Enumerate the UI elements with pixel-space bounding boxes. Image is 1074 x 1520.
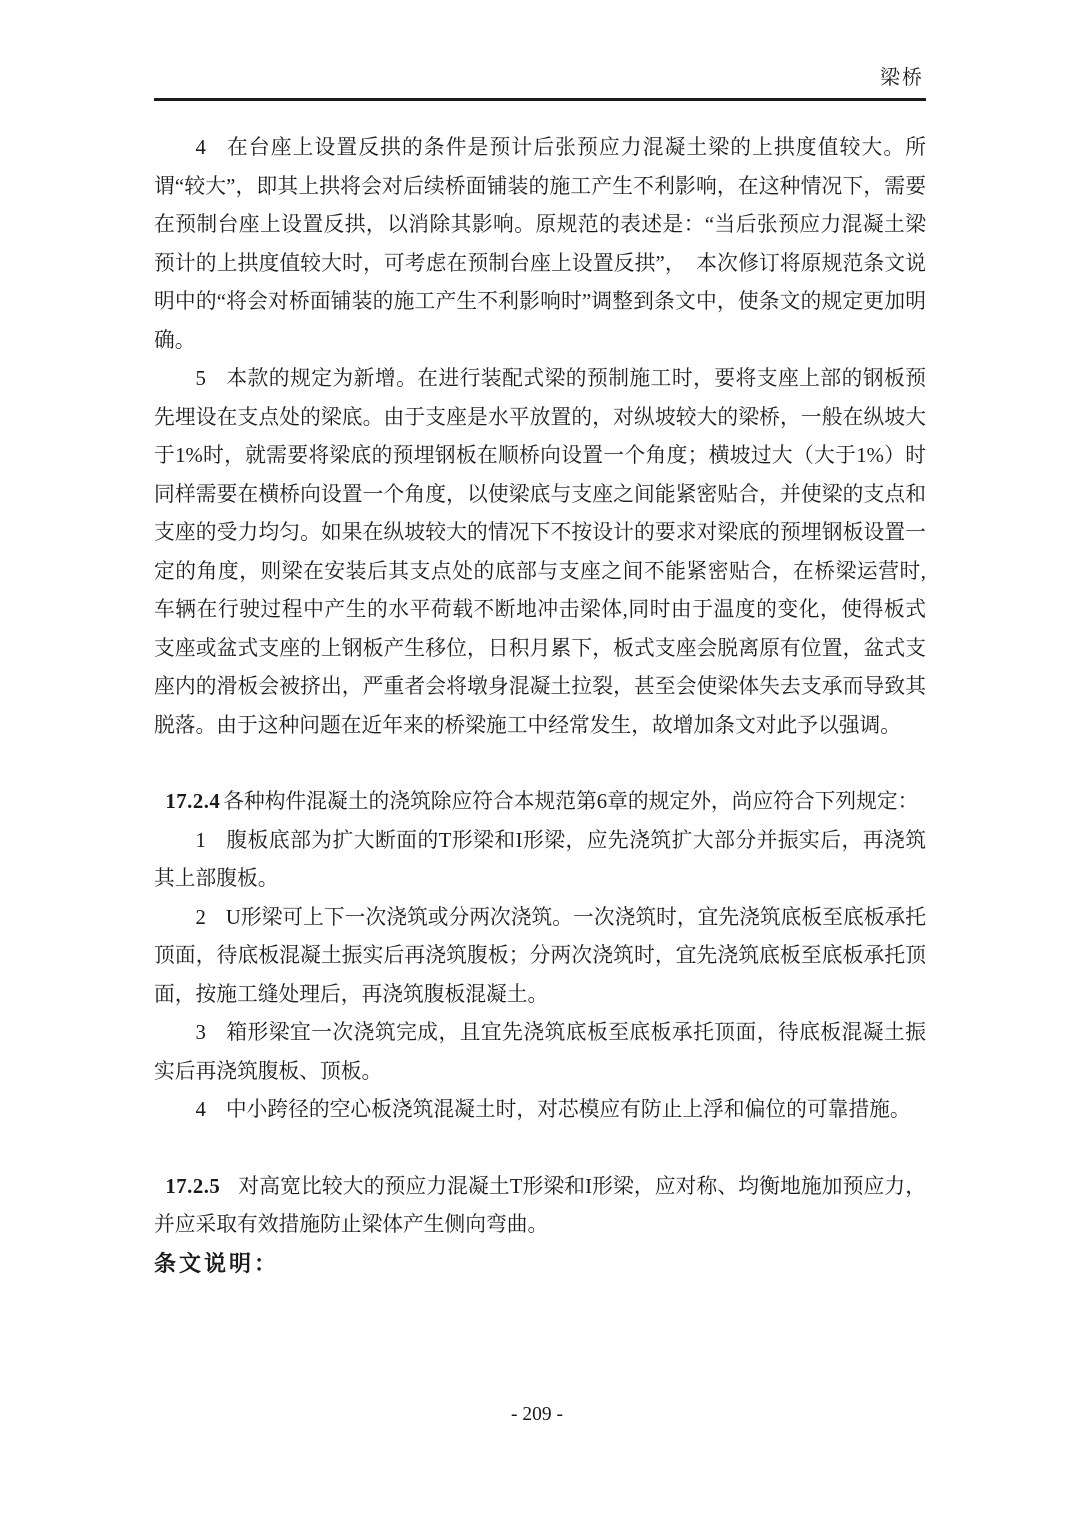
clause-number: 17.2.5 xyxy=(165,1176,220,1198)
clause-text: 对高宽比较大的预应力混凝土T形梁和I形梁，应对称、均衡地施加预应力，并应采取有效… xyxy=(154,1176,926,1237)
item-number: 2 xyxy=(196,907,206,929)
item-text: 箱形梁宜一次浇筑完成，且宜先浇筑底板至底板承托顶面，待底板混凝土振实后再浇筑腹板… xyxy=(154,1022,926,1083)
item-text: 本款的规定为新增。在进行装配式梁的预制施工时，要将支座上部的钢板预先埋设在支点处… xyxy=(154,368,926,737)
page-header: 梁桥 xyxy=(154,64,926,101)
item-number: 5 xyxy=(196,368,206,390)
commentary-item-5: 5本款的规定为新增。在进行装配式梁的预制施工时，要将支座上部的钢板预先埋设在支点… xyxy=(154,360,926,745)
clause-17-2-4-item-3: 3箱形梁宜一次浇筑完成，且宜先浇筑底板至底板承托顶面，待底板混凝土振实后再浇筑腹… xyxy=(154,1014,926,1091)
clause-17-2-5: 17.2.5对高宽比较大的预应力混凝土T形梁和I形梁，应对称、均衡地施加预应力，… xyxy=(154,1168,926,1245)
commentary-item-4: 4在台座上设置反拱的条件是预计后张预应力混凝土梁的上拱度值较大。所谓“较大”，即… xyxy=(154,129,926,360)
item-number: 4 xyxy=(196,1099,206,1121)
item-number: 3 xyxy=(196,1022,206,1044)
item-number: 4 xyxy=(196,137,206,159)
clause-number: 17.2.4 xyxy=(165,791,220,813)
clause-text: 各种构件混凝土的浇筑除应符合本规范第6章的规定外，尚应符合下列规定： xyxy=(223,791,918,813)
item-number: 1 xyxy=(196,830,206,852)
item-text: U形梁可上下一次浇筑或分两次浇筑。一次浇筑时，宜先浇筑底板至底板承托顶面，待底板… xyxy=(154,907,926,1006)
clause-17-2-4-item-2: 2U形梁可上下一次浇筑或分两次浇筑。一次浇筑时，宜先浇筑底板至底板承托顶面，待底… xyxy=(154,899,926,1015)
document-body: 4在台座上设置反拱的条件是预计后张预应力混凝土梁的上拱度值较大。所谓“较大”，即… xyxy=(154,101,926,1283)
item-text: 中小跨径的空心板浇筑混凝土时，对芯模应有防止上浮和偏位的可靠措施。 xyxy=(226,1099,911,1121)
running-header-title: 梁桥 xyxy=(880,67,924,89)
page-content: 梁桥 4在台座上设置反拱的条件是预计后张预应力混凝土梁的上拱度值较大。所谓“较大… xyxy=(154,64,926,1283)
clause-17-2-4-item-4: 4中小跨径的空心板浇筑混凝土时，对芯模应有防止上浮和偏位的可靠措施。 xyxy=(154,1091,926,1130)
page-number: - 209 - xyxy=(0,1404,1074,1426)
clause-17-2-4: 17.2.4各种构件混凝土的浇筑除应符合本规范第6章的规定外，尚应符合下列规定： xyxy=(154,783,926,822)
item-text: 腹板底部为扩大断面的T形梁和I形梁，应先浇筑扩大部分并振实后，再浇筑其上部腹板。 xyxy=(154,830,926,891)
item-text: 在台座上设置反拱的条件是预计后张预应力混凝土梁的上拱度值较大。所谓“较大”，即其… xyxy=(154,137,926,352)
commentary-section-label: 条文说明： xyxy=(154,1245,926,1284)
document-page: 梁桥 4在台座上设置反拱的条件是预计后张预应力混凝土梁的上拱度值较大。所谓“较大… xyxy=(0,0,1074,1520)
clause-17-2-4-item-1: 1腹板底部为扩大断面的T形梁和I形梁，应先浇筑扩大部分并振实后，再浇筑其上部腹板… xyxy=(154,822,926,899)
